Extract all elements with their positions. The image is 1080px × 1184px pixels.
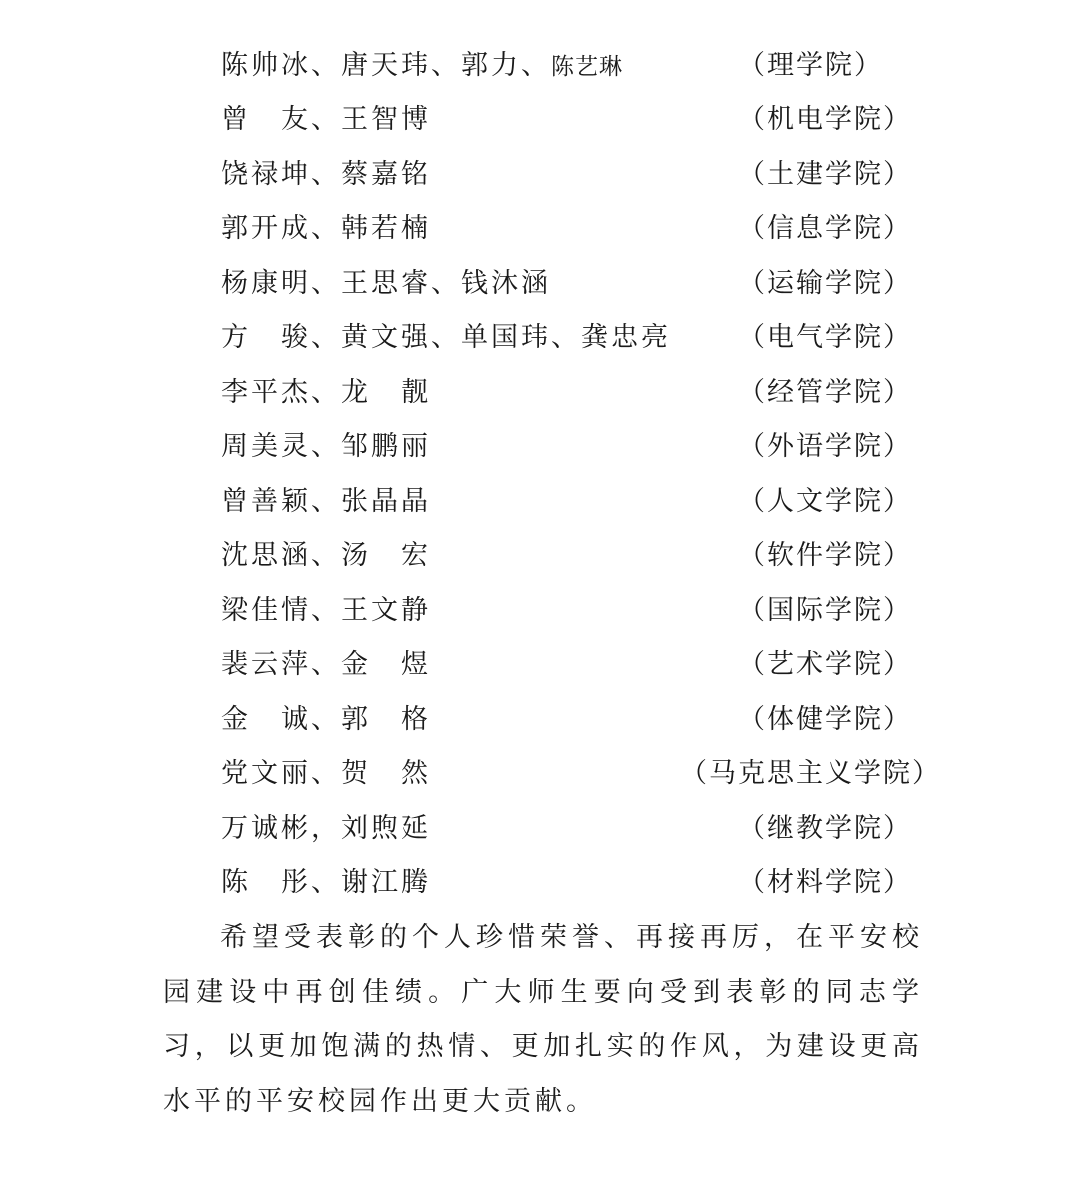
awardee-row: 杨康明、王思睿、钱沐涵 （运输学院） xyxy=(0,264,1080,304)
college-label: （运输学院） xyxy=(738,264,912,304)
college-label: （继教学院） xyxy=(738,809,912,849)
awardee-row: 饶禄坤、蔡嘉铭 （土建学院） xyxy=(0,155,1080,195)
awardee-names: 陈帅冰、唐天玮、郭力、陈艺琳 xyxy=(221,46,623,87)
awardee-names: 周美灵、邹鹏丽 xyxy=(221,427,431,467)
awardee-row: 陈帅冰、唐天玮、郭力、陈艺琳 （理学院） xyxy=(0,46,1080,86)
closing-paragraph-text: 希望受表彰的个人珍惜荣誉、再接再厉，在平安校园建设中再创佳绩。广大师生要向受到表… xyxy=(163,922,923,1117)
awardee-row: 曾 友、王智博 （机电学院） xyxy=(0,100,1080,140)
awardee-row: 裴云萍、金 煜 （艺术学院） xyxy=(0,645,1080,685)
college-label: （体健学院） xyxy=(738,700,912,740)
awardee-row: 周美灵、邹鹏丽 （外语学院） xyxy=(0,427,1080,467)
closing-paragraph: 希望受表彰的个人珍惜荣誉、再接再厉，在平安校园建设中再创佳绩。广大师生要向受到表… xyxy=(163,911,923,1129)
awardee-names: 杨康明、王思睿、钱沐涵 xyxy=(221,264,551,304)
awardee-names: 陈 彤、谢江腾 xyxy=(221,863,431,903)
college-label: （材料学院） xyxy=(738,863,912,903)
awardee-row: 曾善颖、张晶晶 （人文学院） xyxy=(0,482,1080,522)
college-label: （国际学院） xyxy=(738,591,912,631)
college-label: （人文学院） xyxy=(738,482,912,522)
awardee-row: 梁佳情、王文静 （国际学院） xyxy=(0,591,1080,631)
college-label: （信息学院） xyxy=(738,209,912,249)
college-label: （土建学院） xyxy=(738,155,912,195)
awardee-row: 李平杰、龙 靓 （经管学院） xyxy=(0,373,1080,413)
awardee-names: 方 骏、黄文强、单国玮、龚忠亮 xyxy=(221,318,671,358)
college-label: （电气学院） xyxy=(738,318,912,358)
awardee-names: 饶禄坤、蔡嘉铭 xyxy=(221,155,431,195)
awardee-names: 郭开成、韩若楠 xyxy=(221,209,431,249)
awardee-row: 万诚彬，刘煦延 （继教学院） xyxy=(0,809,1080,849)
college-label: （马克思主义学院） xyxy=(680,754,941,794)
college-label: （机电学院） xyxy=(738,100,912,140)
awardee-names: 党文丽、贺 然 xyxy=(221,754,431,794)
awardee-names: 梁佳情、王文静 xyxy=(221,591,431,631)
college-label: （经管学院） xyxy=(738,373,912,413)
awardee-names: 万诚彬，刘煦延 xyxy=(221,809,431,849)
awardee-names: 李平杰、龙 靓 xyxy=(221,373,431,413)
college-label: （艺术学院） xyxy=(738,645,912,685)
college-label: （外语学院） xyxy=(738,427,912,467)
awardee-row: 郭开成、韩若楠 （信息学院） xyxy=(0,209,1080,249)
awardee-names: 曾善颖、张晶晶 xyxy=(221,482,431,522)
awardee-names: 沈思涵、汤 宏 xyxy=(221,536,431,576)
awardee-row: 陈 彤、谢江腾 （材料学院） xyxy=(0,863,1080,903)
awardee-row: 党文丽、贺 然 （马克思主义学院） xyxy=(0,754,1080,794)
awardee-names: 曾 友、王智博 xyxy=(221,100,431,140)
awardee-row: 金 诚、郭 格 （体健学院） xyxy=(0,700,1080,740)
college-label: （软件学院） xyxy=(738,536,912,576)
awardee-names: 裴云萍、金 煜 xyxy=(221,645,431,685)
awardee-row: 沈思涵、汤 宏 （软件学院） xyxy=(0,536,1080,576)
awardee-names-text: 陈帅冰、唐天玮、郭力、 xyxy=(221,50,551,81)
college-label: （理学院） xyxy=(738,46,883,86)
awardee-name-small: 陈艺琳 xyxy=(551,54,623,80)
awardee-row: 方 骏、黄文强、单国玮、龚忠亮 （电气学院） xyxy=(0,318,1080,358)
awardee-names: 金 诚、郭 格 xyxy=(221,700,431,740)
